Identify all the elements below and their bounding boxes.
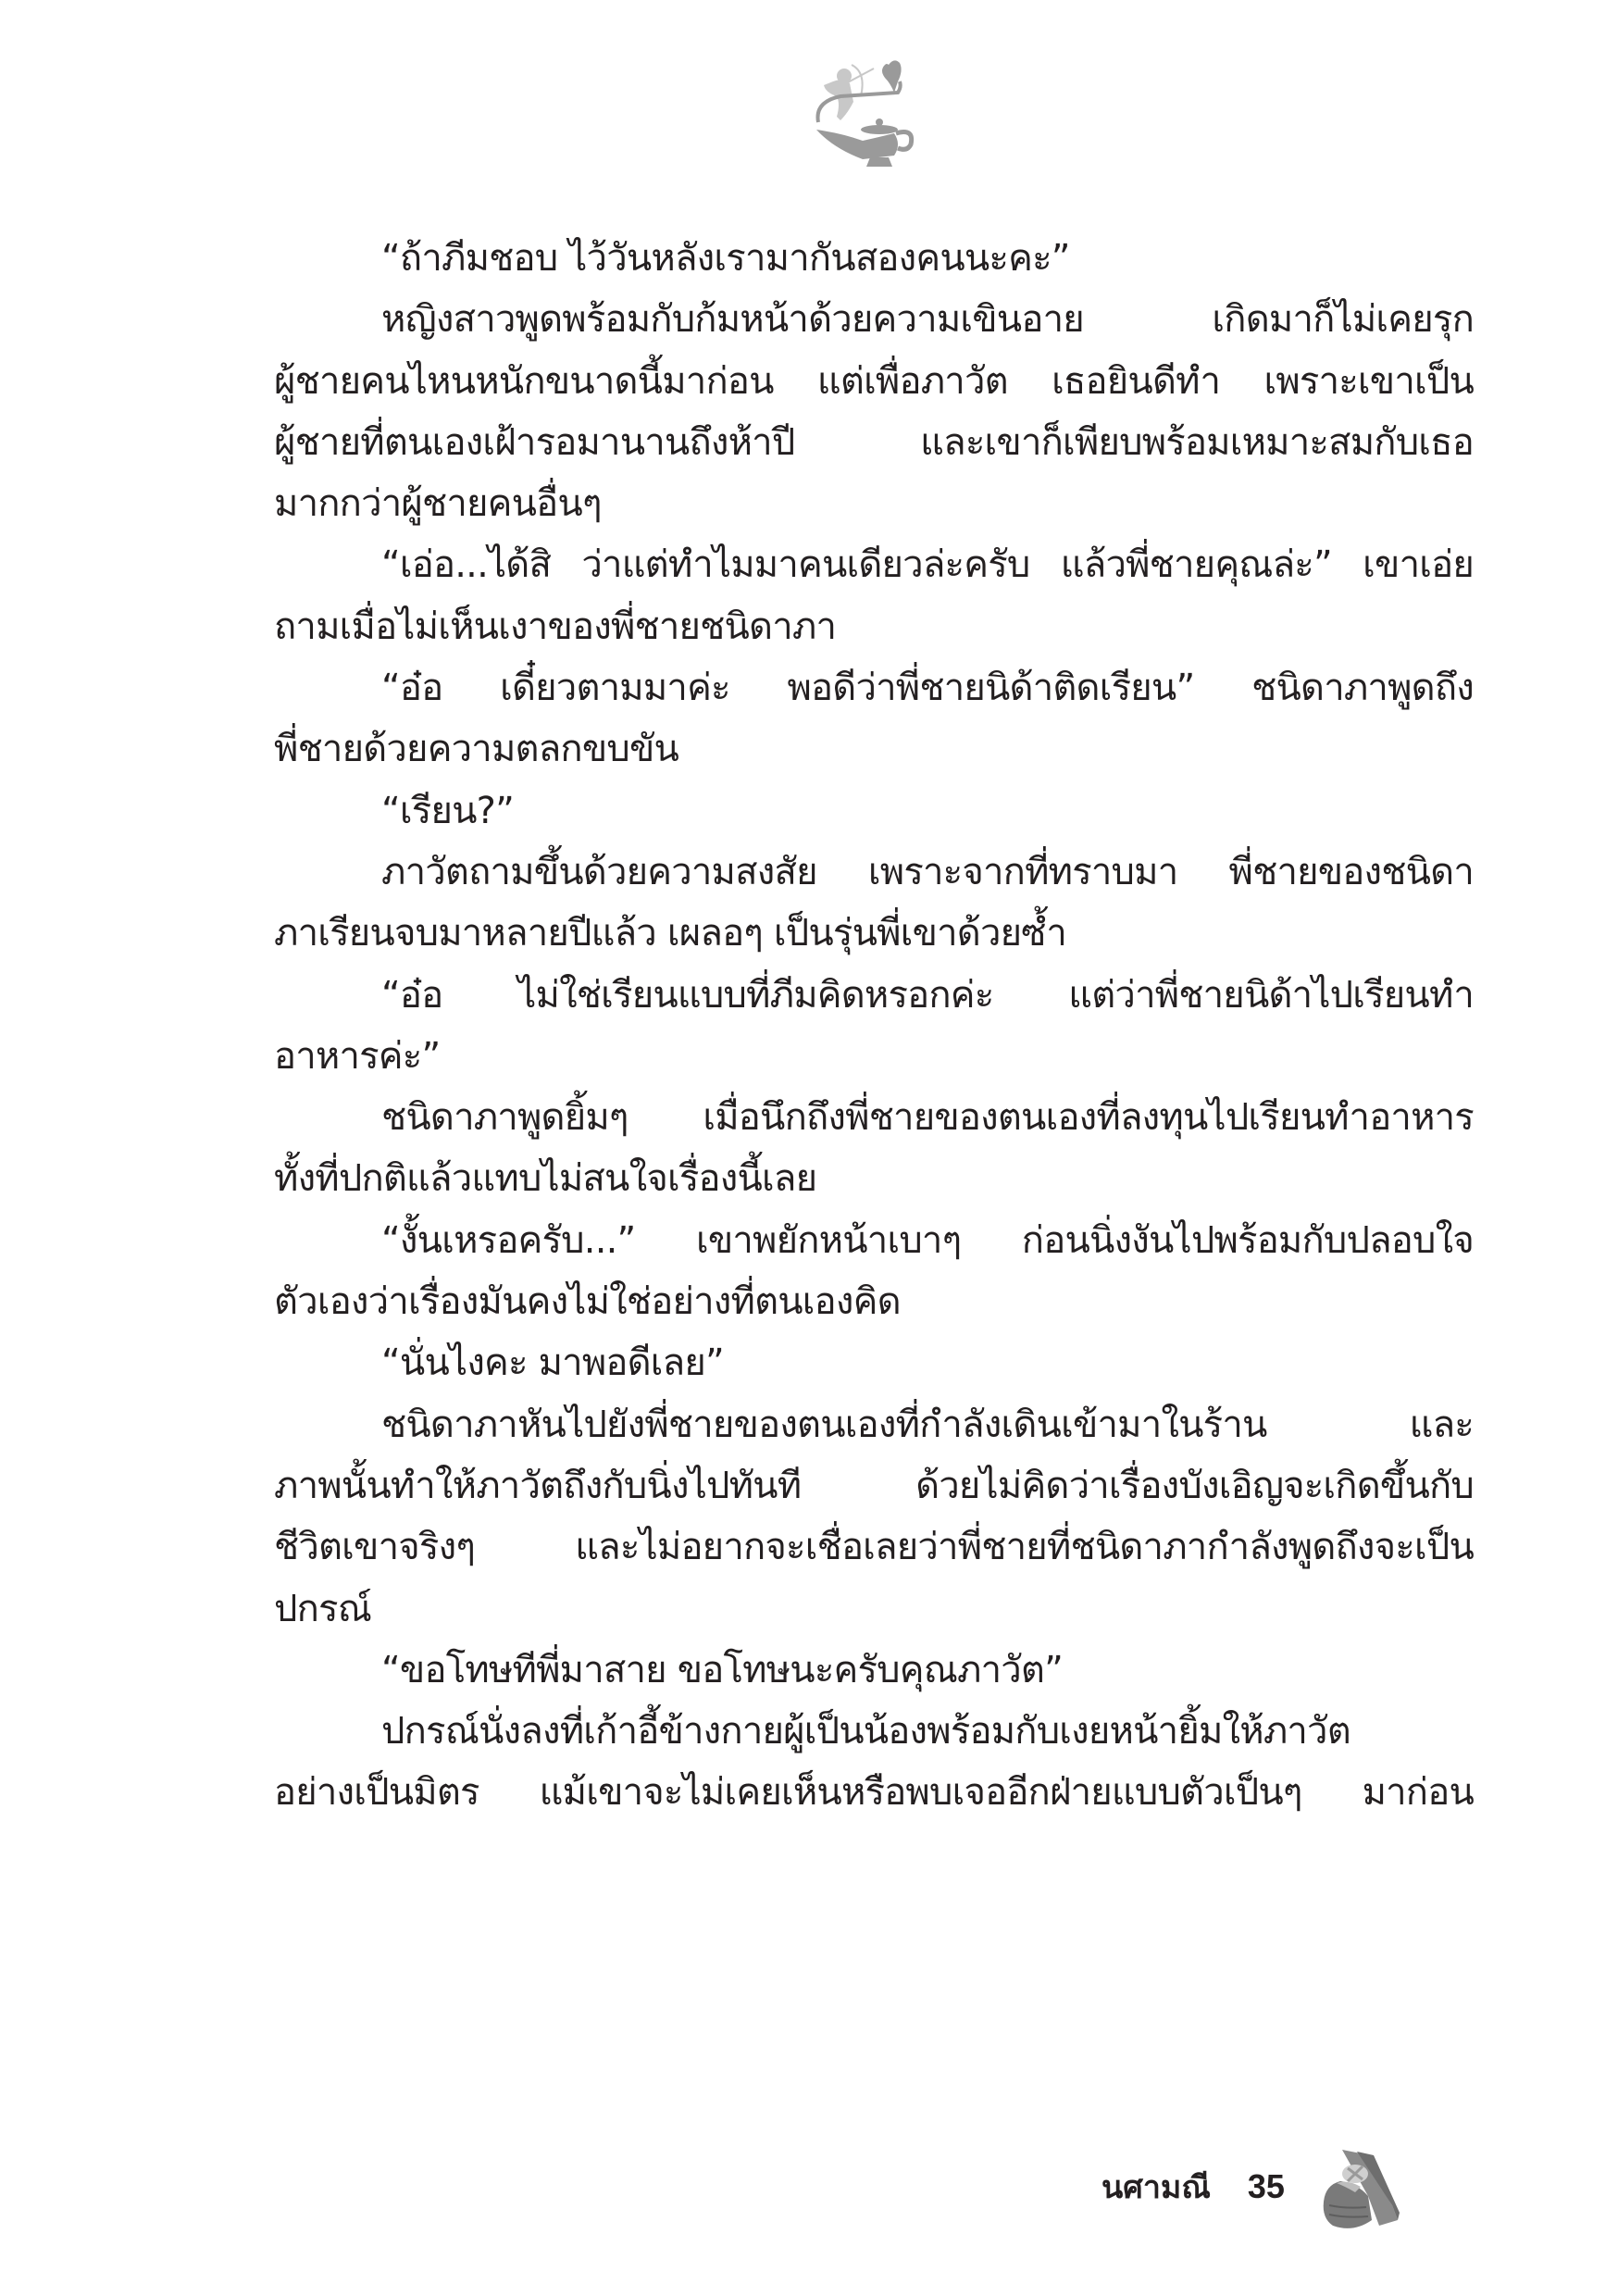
text-line: ชนิดาภาพูดยิ้มๆ เมื่อนึกถึงพี่ชายของตนเอ… [274, 1087, 1474, 1148]
text-line: “อ๋อ ไม่ใช่เรียนแบบที่ภีมคิดหรอกค่ะ แต่ว… [274, 965, 1474, 1026]
book-title: นศามณี [1101, 2162, 1211, 2212]
text-line: ผู้ชายคนไหนหนักขนาดนี้มาก่อน แต่เพื่อภาว… [274, 351, 1474, 412]
text-line: “เอ่อ...ได้สิ ว่าแต่ทำไมมาคนเดียวล่ะครับ… [274, 534, 1474, 595]
text-line: “ถ้าภีมชอบ ไว้วันหลังเรามากันสองคนนะคะ” [274, 228, 1474, 289]
text-line: มากกว่าผู้ชายคนอื่นๆ [274, 473, 1474, 534]
text-line: “ขอโทษทีพี่มาสาย ขอโทษนะครับคุณภาวัต” [274, 1640, 1474, 1701]
text-line: พี่ชายด้วยความตลกขบขัน [274, 718, 1474, 780]
text-line: ตัวเองว่าเรื่องมันคงไม่ใช่อย่างที่ตนเองค… [274, 1271, 1474, 1332]
page-number: 35 [1248, 2167, 1285, 2206]
text-line: ปกรณ์นั่งลงที่เก้าอี้ข้างกายผู้เป็นน้องพ… [274, 1701, 1474, 1762]
text-line: หญิงสาวพูดพร้อมกับก้มหน้าด้วยความเขินอาย… [274, 289, 1474, 350]
text-line: ภาพนั้นทำให้ภาวัตถึงกับนิ่งไปทันที ด้วยไ… [274, 1455, 1474, 1516]
text-line: ทั้งที่ปกติแล้วแทบไม่สนใจเรื่องนี้เลย [274, 1148, 1474, 1209]
text-line: ถามเมื่อไม่เห็นเงาของพี่ชายชนิดาภา [274, 596, 1474, 657]
text-line: “เรียน?” [274, 780, 1474, 842]
text-line: ปกรณ์ [274, 1578, 1474, 1640]
lamp-cupid-icon [805, 56, 926, 167]
page-footer: นศามณี 35 [1101, 2150, 1413, 2224]
text-line: อย่างเป็นมิตร แม้เขาจะไม่เคยเห็นหรือพบเจ… [274, 1762, 1474, 1823]
text-line: “งั้นเหรอครับ...” เขาพยักหน้าเบาๆ ก่อนนิ… [274, 1210, 1474, 1271]
text-line: ชนิดาภาหันไปยังพี่ชายของตนเองที่กำลังเดิ… [274, 1394, 1474, 1455]
text-line: ภาวัตถามขึ้นด้วยความสงสัย เพราะจากที่ทรา… [274, 842, 1474, 903]
text-line: อาหารค่ะ” [274, 1026, 1474, 1087]
text-line: ผู้ชายที่ตนเองเฝ้ารอมานานถึงห้าปี และเขา… [274, 412, 1474, 473]
wrapped-gift-icon [1320, 2140, 1413, 2233]
text-line: “นั่นไงคะ มาพอดีเลย” [274, 1332, 1474, 1393]
text-line: ชีวิตเขาจริงๆ และไม่อยากจะเชื่อเลยว่าพี่… [274, 1516, 1474, 1578]
text-line: ภาเรียนจบมาหลายปีแล้ว เผลอๆ เป็นรุ่นพี่เ… [274, 903, 1474, 964]
body-text: “ถ้าภีมชอบ ไว้วันหลังเรามากันสองคนนะคะ” … [274, 228, 1474, 1824]
text-line: “อ๋อ เดี๋ยวตามมาค่ะ พอดีว่าพี่ชายนิด้าติ… [274, 657, 1474, 718]
